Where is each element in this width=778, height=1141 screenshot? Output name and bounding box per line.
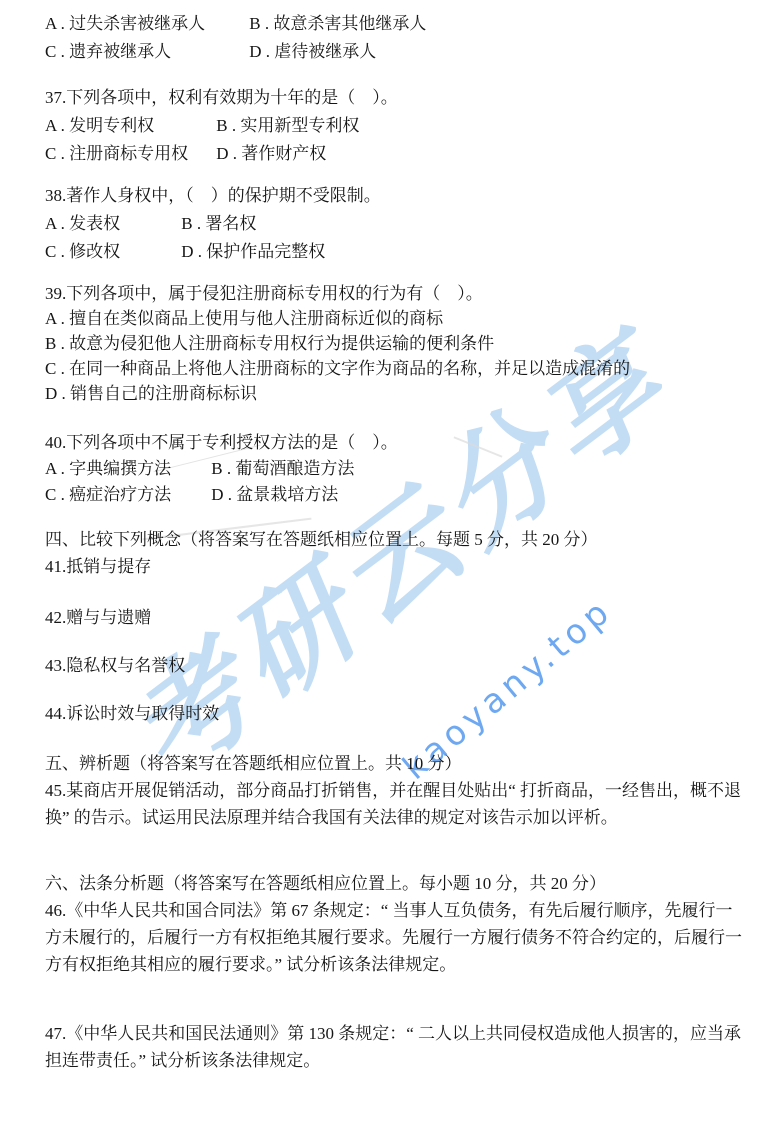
section-6-title: 六、法条分析题（将答案写在答题纸相应位置上。每小题 10 分，共 20 分）	[45, 870, 745, 897]
question-36-options: A . 过失杀害被继承人 B . 故意杀害其他继承人 C . 遗弃被继承人 D …	[45, 10, 745, 66]
options-row-ab: A . 发明专利权 B . 实用新型专利权	[45, 112, 745, 140]
option-b: B . 葡萄酒酿造方法	[211, 456, 354, 482]
question-41: 41.抵销与提存	[45, 553, 745, 580]
question-40-stem: 40.下列各项中不属于专利授权方法的是（ ）。	[45, 430, 745, 456]
option-a: A . 发明专利权	[45, 112, 212, 140]
option-c: C . 癌症治疗方法	[45, 482, 207, 508]
section-4-title: 四、比较下列概念（将答案写在答题纸相应位置上。每题 5 分，共 20 分）	[45, 527, 745, 553]
option-b: B . 故意杀害其他继承人	[249, 10, 426, 38]
options-row-ab: A . 字典编撰方法 B . 葡萄酒酿造方法	[45, 456, 745, 482]
question-38-stem: 38.著作人身权中，（ ）的保护期不受限制。	[45, 182, 745, 210]
option-d: D . 销售自己的注册商标标识	[45, 381, 745, 406]
option-c: C . 注册商标专用权	[45, 140, 212, 168]
option-b: B . 故意为侵犯他人注册商标专用权行为提供运输的便利条件	[45, 331, 745, 356]
option-c: C . 修改权	[45, 238, 177, 266]
question-37: 37.下列各项中，权利有效期为十年的是（ ）。 A . 发明专利权 B . 实用…	[45, 84, 745, 168]
option-d: D . 虐待被继承人	[249, 38, 376, 66]
question-39-stem: 39.下列各项中，属于侵犯注册商标专用权的行为有（ ）。	[45, 281, 745, 306]
options-row-cd: C . 遗弃被继承人 D . 虐待被继承人	[45, 38, 745, 66]
question-47: 47.《中华人民共和国民法通则》第 130 条规定：“ 二人以上共同侵权造成他人…	[45, 1020, 745, 1074]
option-a: A . 发表权	[45, 210, 177, 238]
question-37-stem: 37.下列各项中，权利有效期为十年的是（ ）。	[45, 84, 745, 112]
question-43: 43.隐私权与名誉权	[45, 652, 745, 679]
options-row-cd: C . 注册商标专用权 D . 著作财产权	[45, 140, 745, 168]
question-46: 46.《中华人民共和国合同法》第 67 条规定：“ 当事人互负债务，有先后履行顺…	[45, 897, 745, 978]
option-d: D . 盆景栽培方法	[211, 482, 338, 508]
option-b: B . 署名权	[181, 210, 256, 238]
option-a: A . 过失杀害被继承人	[45, 10, 245, 38]
option-c: C . 遗弃被继承人	[45, 38, 245, 66]
options-row-ab: A . 发表权 B . 署名权	[45, 210, 745, 238]
question-38: 38.著作人身权中，（ ）的保护期不受限制。 A . 发表权 B . 署名权 C…	[45, 182, 745, 266]
option-d: D . 著作财产权	[216, 140, 326, 168]
option-a: A . 字典编撰方法	[45, 456, 207, 482]
question-40: 40.下列各项中不属于专利授权方法的是（ ）。 A . 字典编撰方法 B . 葡…	[45, 430, 745, 508]
option-c: C . 在同一种商品上将他人注册商标的文字作为商品的名称，并足以造成混淆的	[45, 356, 745, 381]
options-row-cd: C . 修改权 D . 保护作品完整权	[45, 238, 745, 266]
options-row-ab: A . 过失杀害被继承人 B . 故意杀害其他继承人	[45, 10, 745, 38]
exam-content: A . 过失杀害被继承人 B . 故意杀害其他继承人 C . 遗弃被继承人 D …	[45, 0, 745, 1074]
question-45: 45.某商店开展促销活动，部分商品打折销售，并在醒目处贴出“ 打折商品，一经售出…	[45, 777, 745, 831]
options-row-cd: C . 癌症治疗方法 D . 盆景栽培方法	[45, 482, 745, 508]
exam-page: 考研云分享 kaoyany.top A . 过失杀害被继承人 B . 故意杀害其…	[0, 0, 778, 1141]
question-44: 44.诉讼时效与取得时效	[45, 700, 745, 727]
question-39: 39.下列各项中，属于侵犯注册商标专用权的行为有（ ）。 A . 擅自在类似商品…	[45, 281, 745, 406]
question-42: 42.赠与与遗赠	[45, 604, 745, 631]
option-d: D . 保护作品完整权	[181, 238, 325, 266]
option-b: B . 实用新型专利权	[216, 112, 359, 140]
section-5-title: 五、辨析题（将答案写在答题纸相应位置上。共 10 分）	[45, 750, 745, 777]
option-a: A . 擅自在类似商品上使用与他人注册商标近似的商标	[45, 306, 745, 331]
